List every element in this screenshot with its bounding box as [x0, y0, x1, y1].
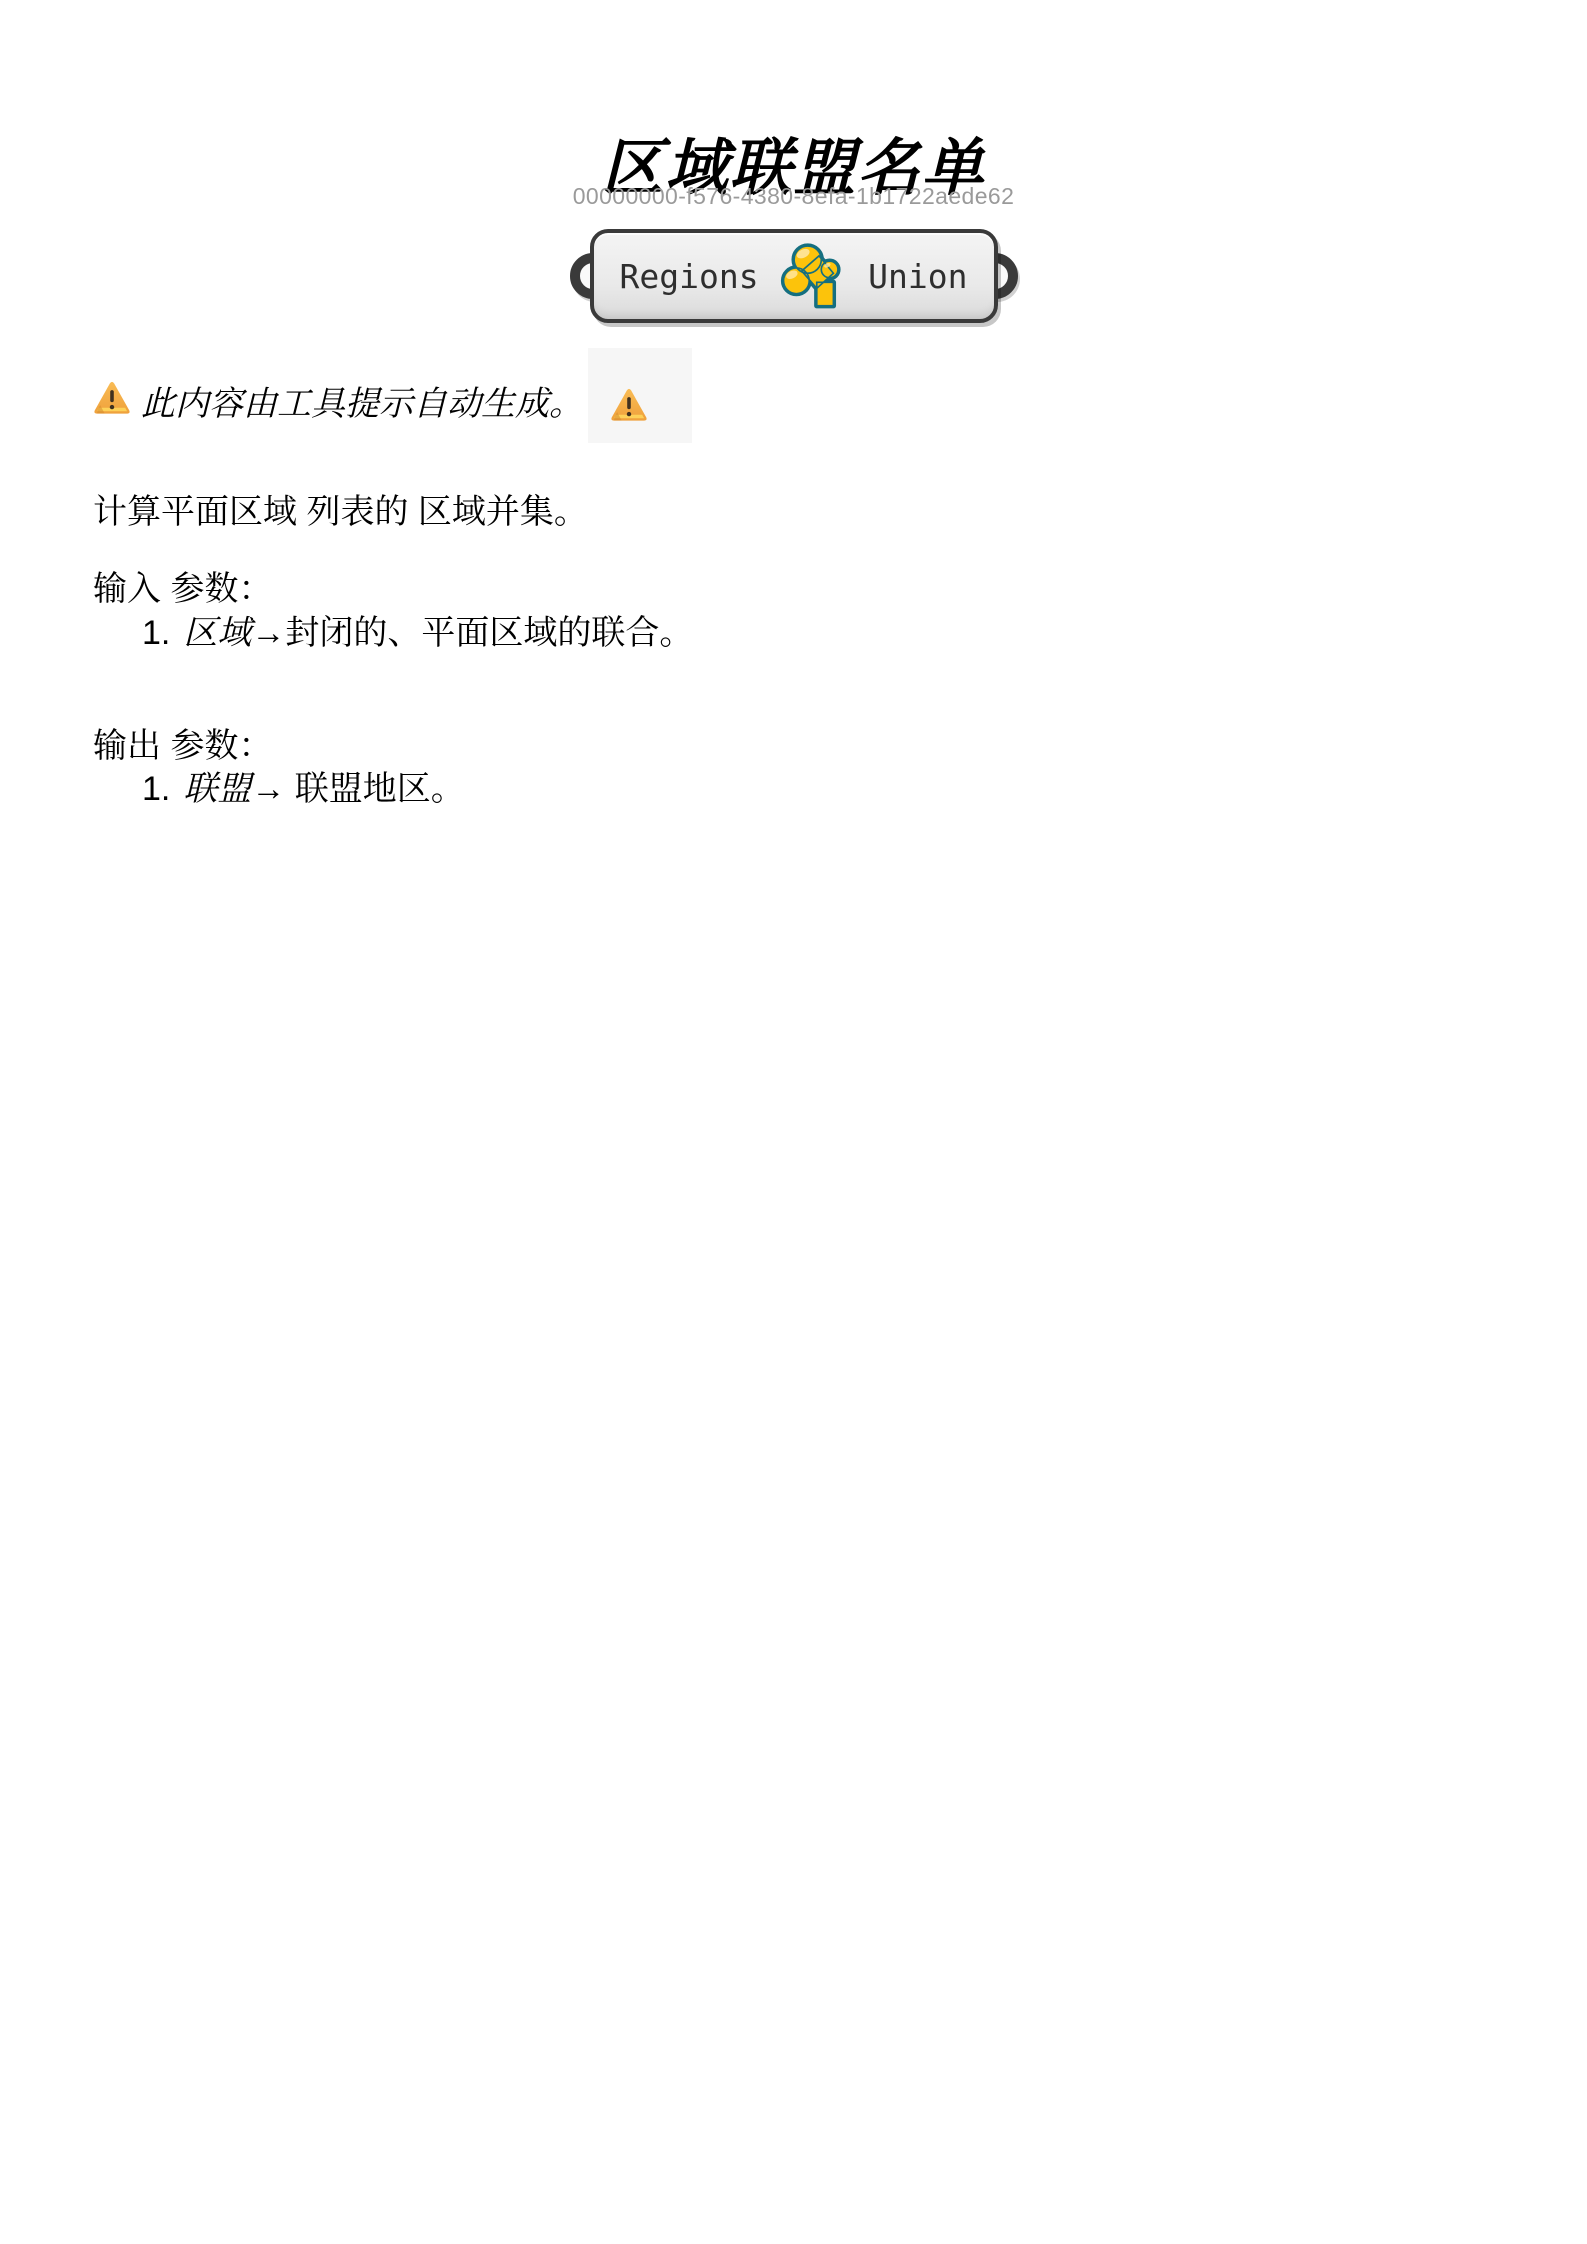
component-description: 计算平面区域 列表的 区域并集。: [93, 492, 588, 532]
warning-emoji-box: [588, 348, 692, 443]
notice-text: 此内容由工具提示自动生成。: [141, 376, 583, 425]
component-capsule: Regions: [590, 229, 998, 323]
notice-lead: 此内容由工具提示自动生成。: [93, 376, 583, 425]
list-index: 1.: [142, 614, 170, 652]
outputs-heading: 输出 参数：: [93, 726, 272, 766]
input-parameter-item: 1.区域→封闭的、平面区域的联合。: [93, 613, 693, 653]
component-output-label: Union: [868, 257, 967, 296]
output-parameter-item: 1.联盟→ 联盟地区。: [93, 769, 465, 809]
warning-triangle-icon: [93, 381, 131, 420]
param-description: 联盟地区。: [285, 770, 464, 808]
param-description: 封闭的、平面区域的联合。: [285, 614, 693, 652]
inputs-heading: 输入 参数：: [93, 569, 272, 609]
grasshopper-component: Regions: [590, 229, 998, 323]
auto-generated-notice: 此内容由工具提示自动生成。: [93, 348, 692, 443]
param-name: 区域: [183, 614, 251, 652]
param-name: 联盟: [183, 770, 251, 808]
warning-triangle-icon: [610, 388, 648, 427]
component-illustration: Regions: [0, 229, 1587, 323]
component-guid: 00000000-f576-4380-8efa-1b1722aede62: [0, 183, 1587, 210]
arrow-glyph: →: [251, 614, 285, 652]
arrow-glyph: →: [251, 770, 285, 808]
list-index: 1.: [142, 770, 170, 808]
region-union-icon: [779, 237, 847, 316]
component-input-label: Regions: [620, 257, 759, 296]
